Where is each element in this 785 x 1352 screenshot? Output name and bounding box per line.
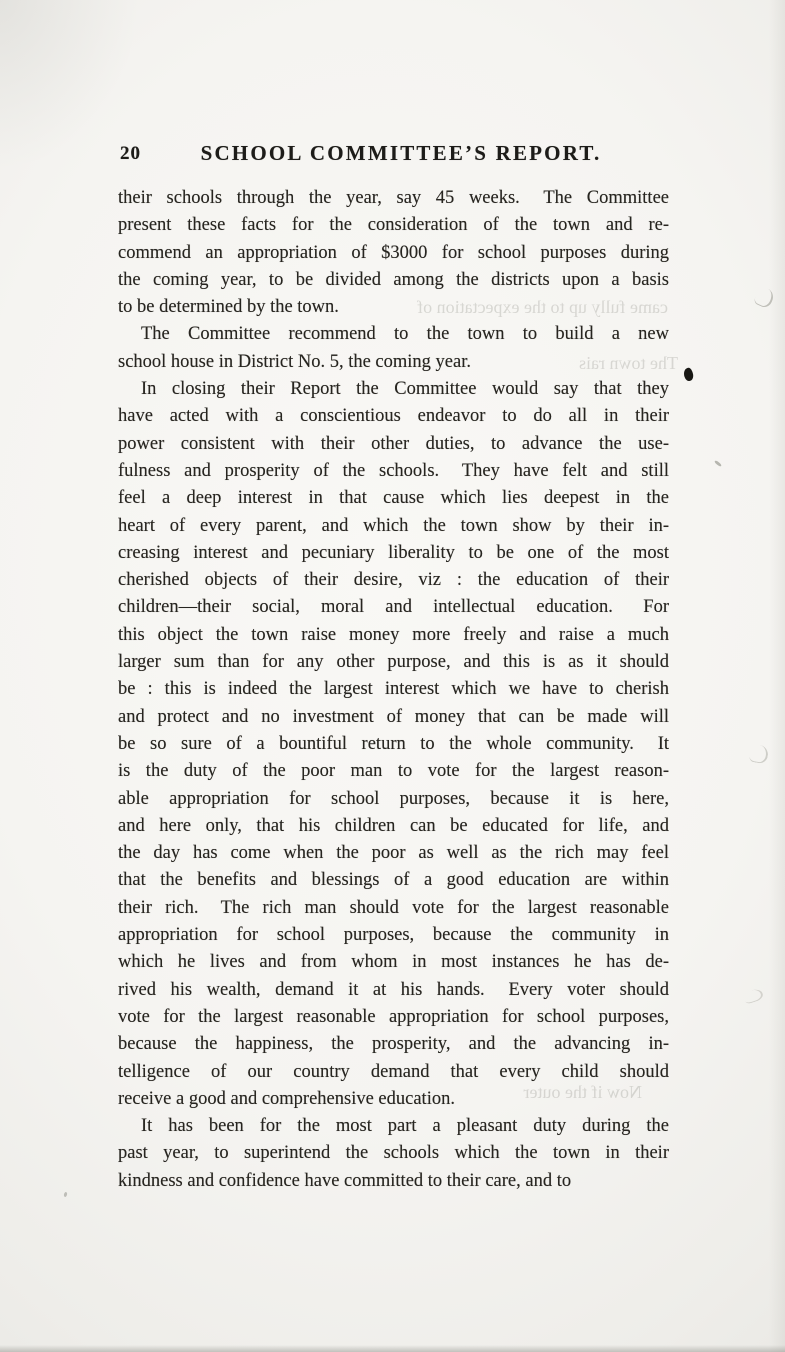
text-line: their schools through the year, say 45 w… [118,185,669,212]
text-line: power consistent with their other duties… [118,431,669,458]
text-line: be : this is indeed the largest interest… [118,676,669,703]
scan-shading-right-edge [769,0,785,1352]
scan-shading-bottom-edge [0,1345,785,1352]
scan-speck-artifact [63,1192,67,1198]
text-line: which he lives and from whom in most ins… [118,949,669,976]
text-line: commend an appropriation of $3000 for sc… [118,240,669,267]
text-line: vote for the largest reasonable appropri… [118,1004,669,1031]
text-line: telligence of our country demand that ev… [118,1059,669,1086]
text-line: the coming year, to be divided among the… [118,267,669,294]
ink-blot-artifact [682,367,695,382]
text-line: their rich. The rich man should vote for… [118,895,669,922]
text-line: cherished objects of their desire, viz :… [118,567,669,594]
text-block: their schools through the year, say 45 w… [118,185,669,1195]
scan-scratch-artifact [743,987,765,1004]
text-line: feel a deep interest in that cause which… [118,485,669,512]
page-number: 20 [120,143,141,165]
text-line: past year, to superintend the schools wh… [118,1140,669,1167]
text-line: the day has come when the poor as well a… [118,840,669,867]
text-line: heart of every parent, and which the tow… [118,513,669,540]
text-line: present these facts for the consideratio… [118,212,669,239]
text-line: fulness and prosperity of the schools. T… [118,458,669,485]
text-line: able appropriation for school purposes, … [118,786,669,813]
text-line: is the duty of the poor man to vote for … [118,758,669,785]
text-line: that the benefits and blessings of a goo… [118,867,669,894]
text-line: The Committee recommend to the town to b… [118,321,669,348]
scanned-page: came fully up to the expectation of The … [0,0,785,1352]
text-line: children—their social, moral and intelle… [118,594,669,621]
text-line: and here only, that his children can be … [118,813,669,840]
text-line: kindness and confidence have committed t… [118,1168,669,1195]
text-line: school house in District No. 5, the comi… [118,349,669,376]
text-line: larger sum than for any other purpose, a… [118,649,669,676]
text-line: be so sure of a bountiful return to the … [118,731,669,758]
text-line: appropriation for school purposes, becau… [118,922,669,949]
text-line: rived his wealth, demand it at his hands… [118,977,669,1004]
text-line: because the happiness, the prosperity, a… [118,1031,669,1058]
text-line: to be determined by the town. [118,294,669,321]
page-header: 20 SCHOOL COMMITTEE’S REPORT. [118,141,668,167]
text-line: and protect and no investment of money t… [118,704,669,731]
scan-speck-artifact [714,460,722,467]
text-line: this object the town raise money more fr… [118,622,669,649]
text-line: It has been for the most part a pleasant… [118,1113,669,1140]
text-line: creasing interest and pecuniary liberali… [118,540,669,567]
page-title: SCHOOL COMMITTEE’S REPORT. [118,141,668,166]
text-line: In closing their Report the Committee wo… [118,376,669,403]
scan-scratch-artifact [749,744,770,765]
text-line: have acted with a conscientious endeavor… [118,403,669,430]
text-line: receive a good and comprehensive educati… [118,1086,669,1113]
